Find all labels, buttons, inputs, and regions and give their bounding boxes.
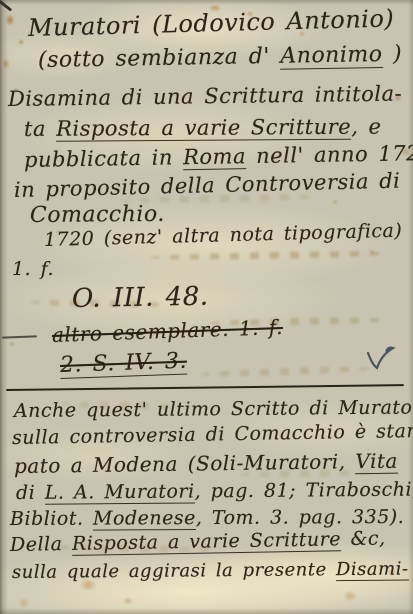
- text-segment: , e: [351, 115, 381, 139]
- margin-dash: [2, 335, 37, 339]
- deleted-shelfmark: 2. S. IV. 3.: [60, 349, 188, 378]
- author-heading: Muratori (Lodovico Antonio): [28, 4, 395, 42]
- underlined-text: Vita: [355, 449, 398, 475]
- corner-pen-mark: [0, 0, 12, 12]
- text-segment: ta: [24, 117, 56, 141]
- title-line-1: Disamina di una Scrittura intitola-: [8, 81, 402, 111]
- annotation-line-2: sulla controversia di Comacchio è stam-: [12, 420, 413, 449]
- bleedthrough-texture: [150, 250, 390, 261]
- text-segment: Bibliot.: [10, 508, 93, 530]
- text-segment: (sotto sembianza d': [38, 44, 281, 73]
- text-segment: 1. f.: [12, 258, 54, 280]
- underlined-text: Modenese: [93, 507, 196, 531]
- deleted-copy-note: altro esemplare. 1. f.: [52, 315, 284, 347]
- text-segment: sulla controversia di Comacchio è stam-: [12, 420, 413, 449]
- check-mark-icon: [364, 345, 398, 371]
- text-segment: &c,: [341, 527, 386, 550]
- annotation-line-5: Bibliot. Modenese, Tom. 3. pag. 335).: [10, 506, 404, 530]
- annotation-line-6: Della Risposta a varie Scritture &c,: [10, 527, 386, 556]
- text-segment: , Tom. 3. pag. 335).: [196, 506, 405, 529]
- pseudonym-note: (sotto sembianza d' Anonimo ): [38, 42, 403, 73]
- imprint-line-2: in proposito della Controversia di: [14, 169, 401, 202]
- divider-rule: [6, 384, 404, 391]
- struck-text: altro esemplare. 1. f.: [52, 315, 284, 347]
- text-segment: Disamina di una Scrittura intitola-: [8, 81, 402, 111]
- text-segment: ): [382, 42, 402, 67]
- text-segment: Anche quest' ultimo Scritto di Muratori: [14, 396, 413, 422]
- underlined-text: Risposta a varie Scritture: [56, 115, 351, 142]
- shelfmark: O. III. 48.: [72, 282, 209, 314]
- annotation-line-3: pato a Modena (Soli-Muratori, Vita: [14, 449, 398, 478]
- underlined-text: Roma: [183, 144, 246, 170]
- imprint-line-3: Comacchio.: [30, 202, 165, 228]
- text-segment: in proposito della Controversia di: [14, 169, 401, 202]
- annotation-line-4: di L. A. Muratori, pag. 81; Tiraboschi,: [16, 478, 413, 504]
- text-segment: Della: [10, 533, 72, 556]
- text-segment: Muratori (Lodovico Antonio): [28, 4, 395, 42]
- format-note: 1. f.: [12, 258, 54, 280]
- annotation-line-7: sulla quale aggirasi la presente Disami-: [12, 559, 409, 583]
- text-segment: Comacchio.: [30, 202, 165, 228]
- text-segment: pubblicata in: [24, 145, 184, 172]
- struck-underlined-text: 2. S. IV. 3.: [60, 349, 188, 379]
- annotation-line-1: Anche quest' ultimo Scritto di Muratori: [14, 396, 413, 422]
- title-line-2: ta Risposta a varie Scritture, e: [24, 115, 382, 141]
- underlined-text: Risposta a varie Scritture: [72, 528, 341, 556]
- text-segment: pato a Modena (Soli-Muratori,: [14, 449, 356, 478]
- imprint-line-1: pubblicata in Roma nell' anno 1720: [24, 141, 413, 172]
- bleedthrough-texture: [200, 365, 370, 378]
- text-segment: di: [16, 482, 45, 504]
- underlined-text: Anonimo: [280, 42, 383, 70]
- text-segment: sulla quale aggirasi la presente: [12, 559, 336, 583]
- underlined-text: Disami-: [336, 559, 409, 582]
- underlined-text: L. A. Muratori: [45, 480, 195, 504]
- text-segment: O. III. 48.: [72, 282, 209, 314]
- text-segment: nell' anno 1720: [246, 141, 413, 168]
- manuscript-page: Muratori (Lodovico Antonio) (sotto sembi…: [0, 0, 413, 614]
- text-segment: , pag. 81; Tiraboschi,: [195, 478, 413, 502]
